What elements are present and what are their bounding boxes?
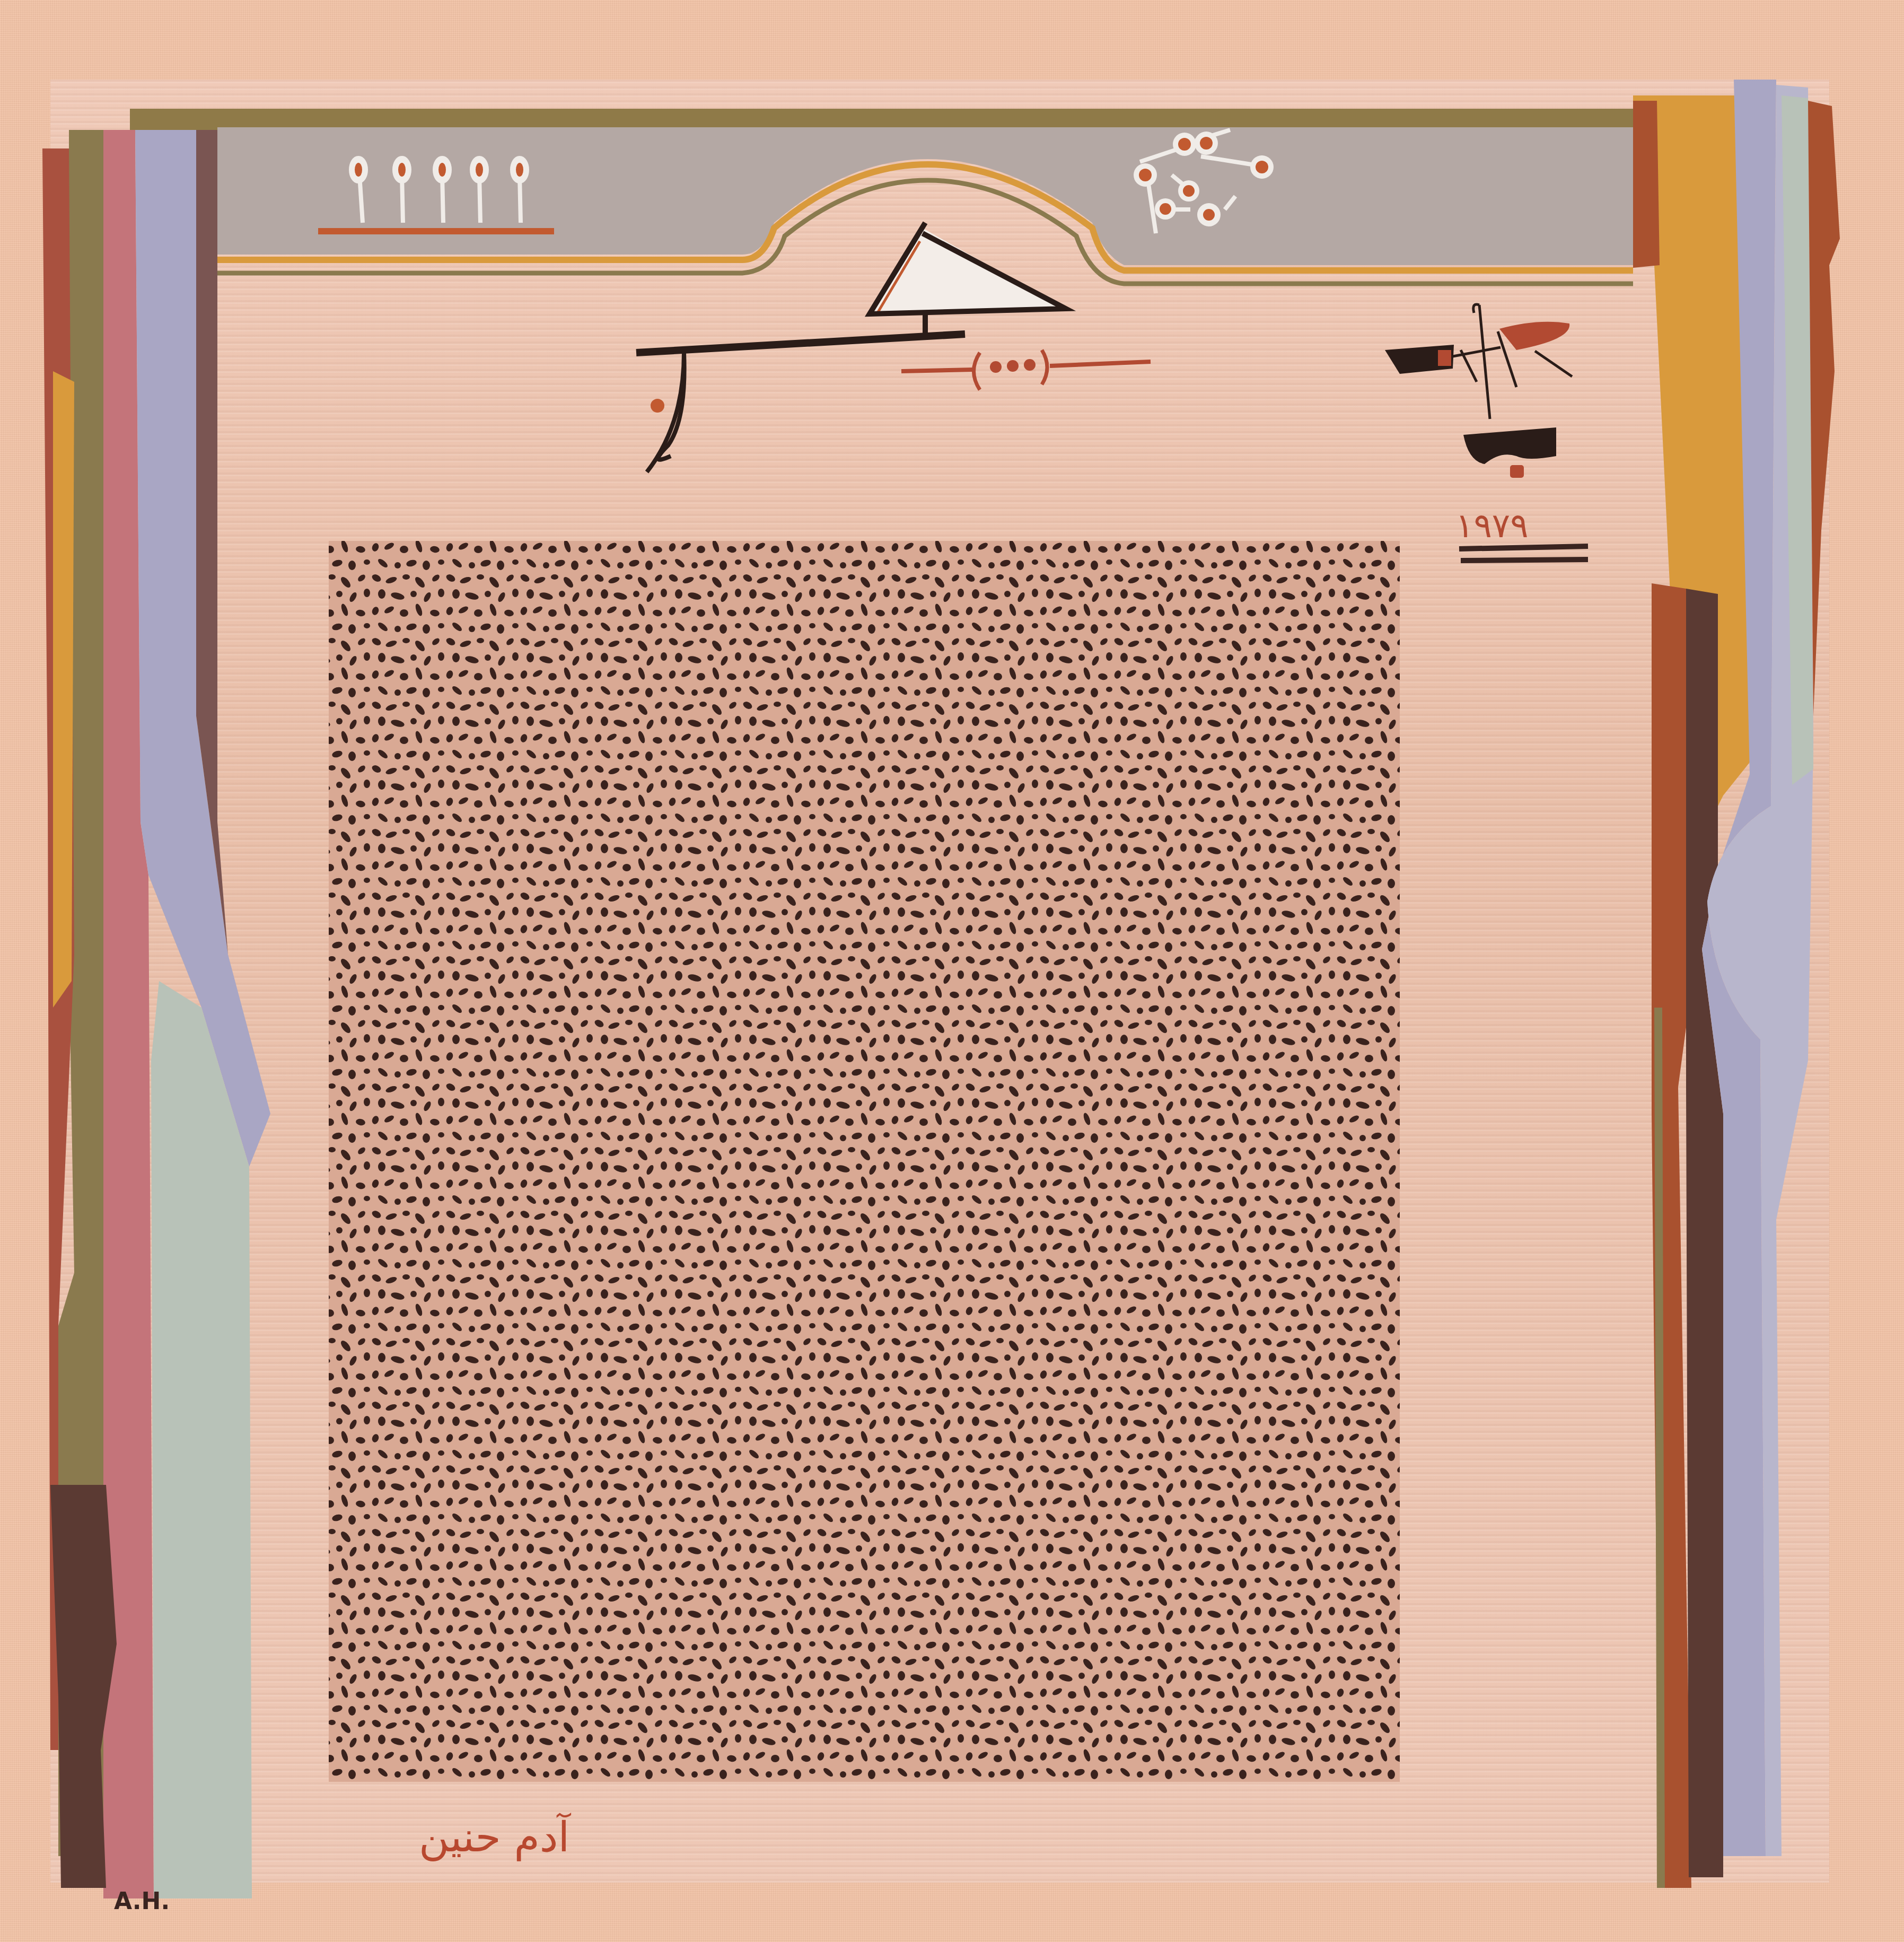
speckle-field	[329, 541, 1400, 1782]
arabic-signature: آدم حنين	[419, 1814, 569, 1861]
date-inscription: ١٩٧٩	[1455, 506, 1529, 546]
date-underline	[1459, 546, 1588, 561]
dotted-bar-motif	[901, 350, 1151, 390]
left-border-stripes	[42, 130, 270, 1899]
right-border-stripes	[1633, 80, 1840, 1888]
painting-artwork	[0, 0, 1904, 1942]
boat-glyph-motif	[1385, 304, 1572, 478]
latin-initials: A.H.	[114, 1888, 170, 1915]
